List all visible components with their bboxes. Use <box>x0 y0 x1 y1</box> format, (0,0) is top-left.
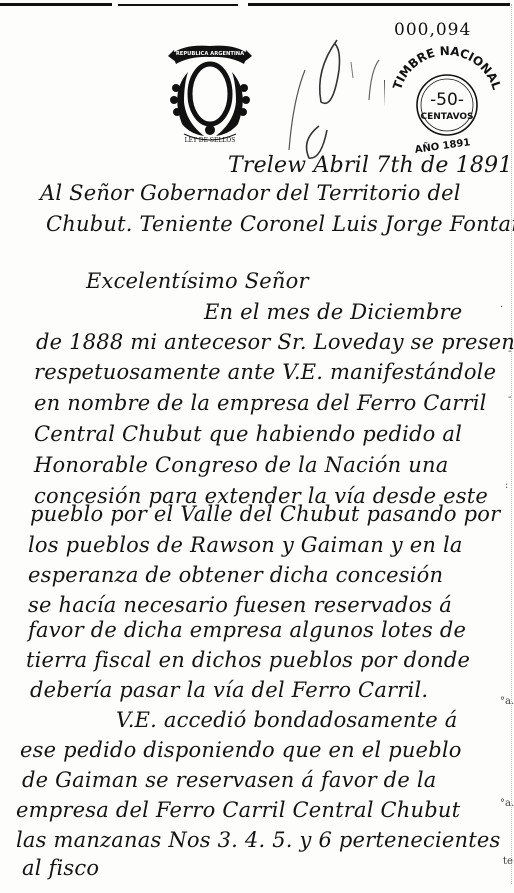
body-line: las manzanas Nos 3. 4. 5. y 6 pertenecie… <box>16 828 501 852</box>
document-page: 000,094 REPUBLICA ARGENTINA LEY DE SELLO… <box>0 0 514 893</box>
body-line: V.E. accedió bondadosamente á <box>116 708 457 732</box>
body-line: favor de dicha empresa algunos lotes de <box>28 618 466 642</box>
body-line: empresa del Ferro Carril Central Chubut <box>16 798 460 822</box>
body-line: tierra fiscal en dichos pueblos por dond… <box>26 648 470 672</box>
svg-text:CENTAVOS: CENTAVOS <box>420 112 473 122</box>
body-line: pueblo por el Valle del Chubut pasando p… <box>30 502 500 526</box>
body-line: esperanza de obtener dicha concesión <box>28 563 443 587</box>
margin-mark: °a. <box>500 798 514 809</box>
margin-mark: : <box>505 480 508 491</box>
addressee-line: Chubut. Teniente Coronel Luis Jorge Font… <box>46 212 514 236</box>
body-line: ese pedido disponiendo que en el pueblo <box>20 738 462 762</box>
top-border-line <box>248 3 510 6</box>
margin-mark: te <box>503 856 513 867</box>
svg-text:REPUBLICA ARGENTINA: REPUBLICA ARGENTINA <box>176 51 244 57</box>
body-line: en nombre de la empresa del Ferro Carril <box>34 391 487 415</box>
marginal-annotation-scribble <box>275 30 385 170</box>
body-line: En el mes de Diciembre <box>204 300 462 324</box>
svg-text:LEY DE SELLOS: LEY DE SELLOS <box>185 137 236 144</box>
addressee-line: Al Señor Gobernador del Territorio del <box>40 181 461 205</box>
margin-mark: - <box>508 392 511 403</box>
dateline: Trelew Abril 7th de 1891. <box>228 153 514 178</box>
page-edge <box>510 4 512 884</box>
body-line: de 1888 mi antecesor Sr. Loveday se pres… <box>36 330 514 354</box>
body-line: se hacía necesario fuesen reservados á <box>28 593 452 617</box>
body-line: debería pasar la vía del Ferro Carril. <box>30 678 428 702</box>
body-line: los pueblos de Rawson y Gaiman y en la <box>28 533 463 557</box>
coat-of-arms-seal-icon: REPUBLICA ARGENTINA LEY DE SELLOS <box>164 42 256 146</box>
body-line: Honorable Congreso de la Nación una <box>34 453 448 477</box>
svg-text:-50-: -50- <box>430 90 464 110</box>
timbre-nacional-stamp-icon: TIMBRE NACIONAL -50- CENTAVOS AÑO 1891 <box>385 45 510 155</box>
margin-mark: - <box>508 346 511 357</box>
body-line: Central Chubut que habiendo pedido al <box>34 422 462 446</box>
folio-number: 000,094 <box>394 20 471 40</box>
svg-text:TIMBRE NACIONAL: TIMBRE NACIONAL <box>390 45 504 92</box>
body-line: de Gaiman se reservasen á favor de la <box>22 768 436 792</box>
body-line: al fisco <box>22 856 99 880</box>
top-border-line <box>0 3 112 6</box>
top-border-line <box>118 4 238 6</box>
body-line: respetuosamente ante V.E. manifestándole <box>34 360 496 384</box>
salutation: Excelentísimo Señor <box>86 269 309 293</box>
margin-mark: °a. <box>500 696 514 707</box>
margin-mark: · <box>500 302 503 313</box>
